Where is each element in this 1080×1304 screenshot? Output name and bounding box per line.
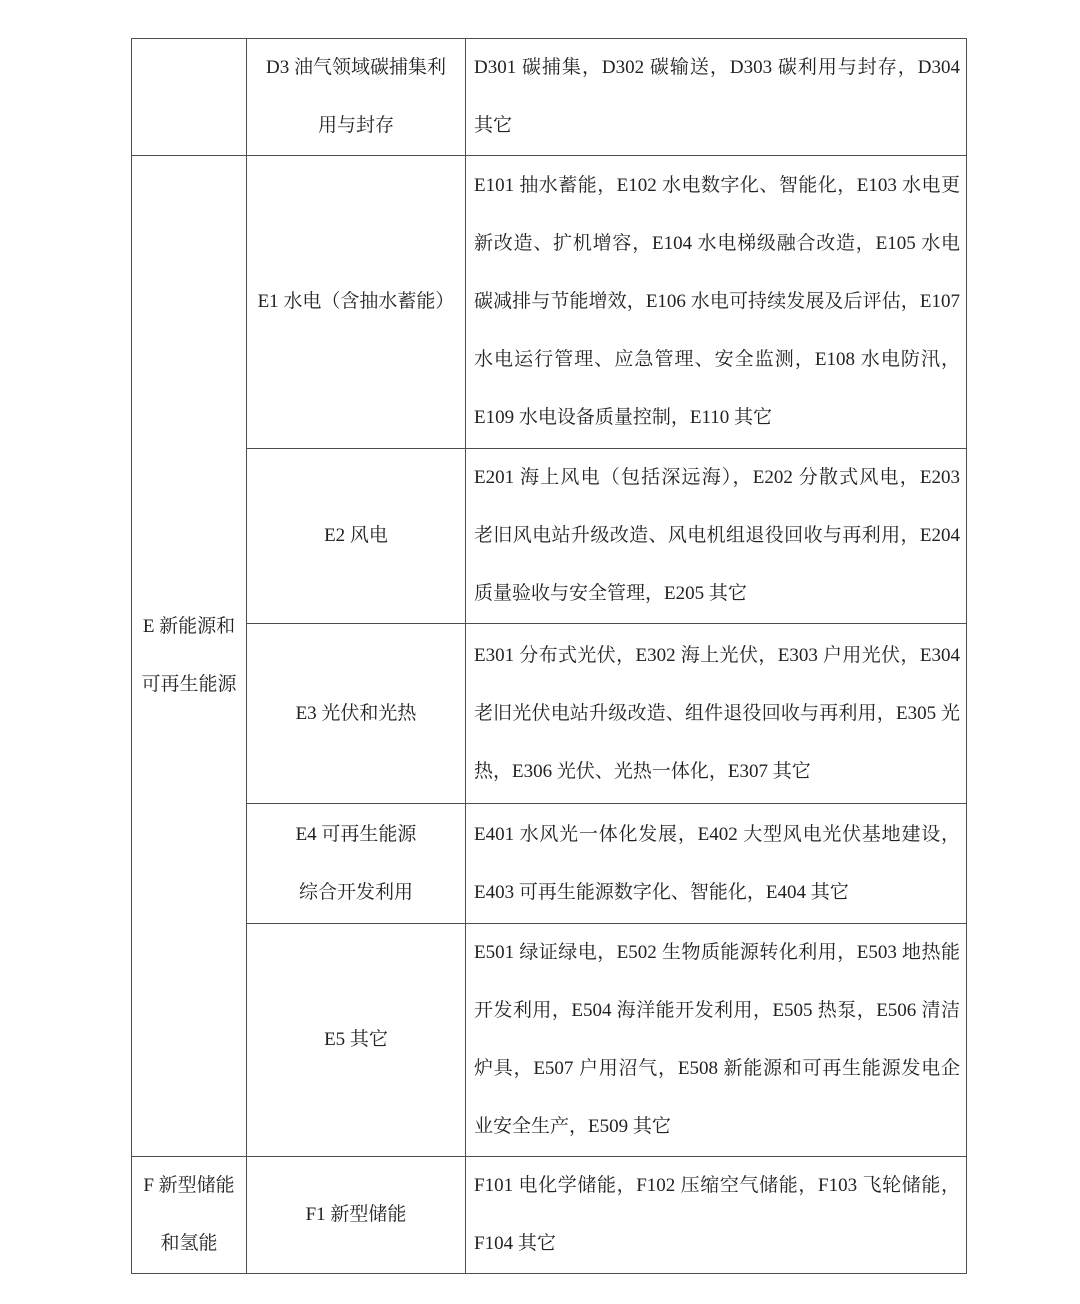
subcategory-cell-e5: E5 其它 (247, 924, 466, 1157)
category-cell-d (132, 39, 247, 156)
table-row-d3: D3 油气领域碳捕集利 用与封存 D301 碳捕集，D302 碳输送，D303 … (132, 39, 967, 156)
items-cell-e1: E101 抽水蓄能，E102 水电数字化、智能化，E103 水电更新改造、扩机增… (466, 156, 967, 449)
subcategory-cell-f1: F1 新型储能 (247, 1157, 466, 1274)
table-row-e1: E 新能源和 可再生能源 E1 水电（含抽水蓄能） E101 抽水蓄能，E102… (132, 156, 967, 449)
items-cell-e2: E201 海上风电（包括深远海），E202 分散式风电，E203 老旧风电站升级… (466, 449, 967, 624)
items-cell-e4: E401 水风光一体化发展，E402 大型风电光伏基地建设，E403 可再生能源… (466, 804, 967, 924)
table-row-e2: E2 风电 E201 海上风电（包括深远海），E202 分散式风电，E203 老… (132, 449, 967, 624)
items-cell-e3: E301 分布式光伏，E302 海上光伏，E303 户用光伏，E304 老旧光伏… (466, 624, 967, 804)
energy-classification-table: D3 油气领域碳捕集利 用与封存 D301 碳捕集，D302 碳输送，D303 … (131, 38, 967, 1274)
subcategory-cell-e2: E2 风电 (247, 449, 466, 624)
subcategory-cell-e3: E3 光伏和光热 (247, 624, 466, 804)
subcategory-cell-e1: E1 水电（含抽水蓄能） (247, 156, 466, 449)
table-row-e3: E3 光伏和光热 E301 分布式光伏，E302 海上光伏，E303 户用光伏，… (132, 624, 967, 804)
table-row-e4: E4 可再生能源 综合开发利用 E401 水风光一体化发展，E402 大型风电光… (132, 804, 967, 924)
items-cell-d3: D301 碳捕集，D302 碳输送，D303 碳利用与封存，D304 其它 (466, 39, 967, 156)
table-row-f1: F 新型储能 和氢能 F1 新型储能 F101 电化学储能，F102 压缩空气储… (132, 1157, 967, 1274)
table-row-e5: E5 其它 E501 绿证绿电，E502 生物质能源转化利用，E503 地热能开… (132, 924, 967, 1157)
items-cell-e5: E501 绿证绿电，E502 生物质能源转化利用，E503 地热能开发利用，E5… (466, 924, 967, 1157)
category-cell-e: E 新能源和 可再生能源 (132, 156, 247, 1157)
items-cell-f1: F101 电化学储能，F102 压缩空气储能，F103 飞轮储能，F104 其它 (466, 1157, 967, 1274)
category-cell-f: F 新型储能 和氢能 (132, 1157, 247, 1274)
subcategory-cell-e4: E4 可再生能源 综合开发利用 (247, 804, 466, 924)
document-page: D3 油气领域碳捕集利 用与封存 D301 碳捕集，D302 碳输送，D303 … (0, 0, 1080, 1304)
subcategory-cell-d3: D3 油气领域碳捕集利 用与封存 (247, 39, 466, 156)
